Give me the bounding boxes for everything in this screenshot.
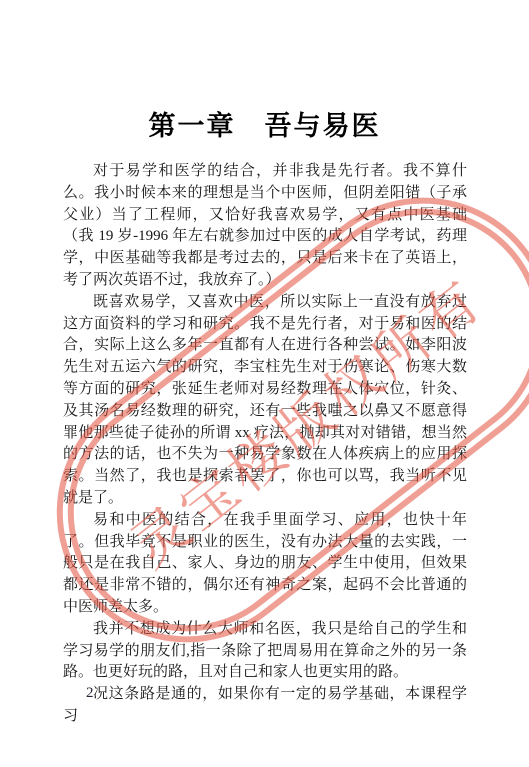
paragraph: 况这条路是通的，如果你有一定的易学基础，本课程学习 (63, 684, 467, 728)
chapter-title: 第一章 吾与易医 (0, 104, 529, 143)
body-text: 对于易学和医学的结合，并非我是先行者。我不算什么。我小时候本来的理想是当个中医师… (63, 161, 467, 728)
paragraph: 既喜欢易学，又喜欢中医，所以实际上一直没有放弃过这方面资料的学习和研究。我不是先… (63, 292, 467, 510)
document-page: 第一章 吾与易医 对于易学和医学的结合，并非我是先行者。我不算什么。我小时候本来… (0, 0, 529, 767)
paragraph: 易和中医的结合，在我手里面学习、应用，也快十年了。但我毕竟不是职业的医生，没有办… (63, 510, 467, 619)
paragraph: 我并不想成为什么大师和名医，我只是给自己的学生和学习易学的朋友们,指一条除了把周… (63, 619, 467, 684)
paragraph: 对于易学和医学的结合，并非我是先行者。我不算什么。我小时候本来的理想是当个中医师… (63, 161, 467, 292)
page-number: 2 (86, 685, 94, 702)
